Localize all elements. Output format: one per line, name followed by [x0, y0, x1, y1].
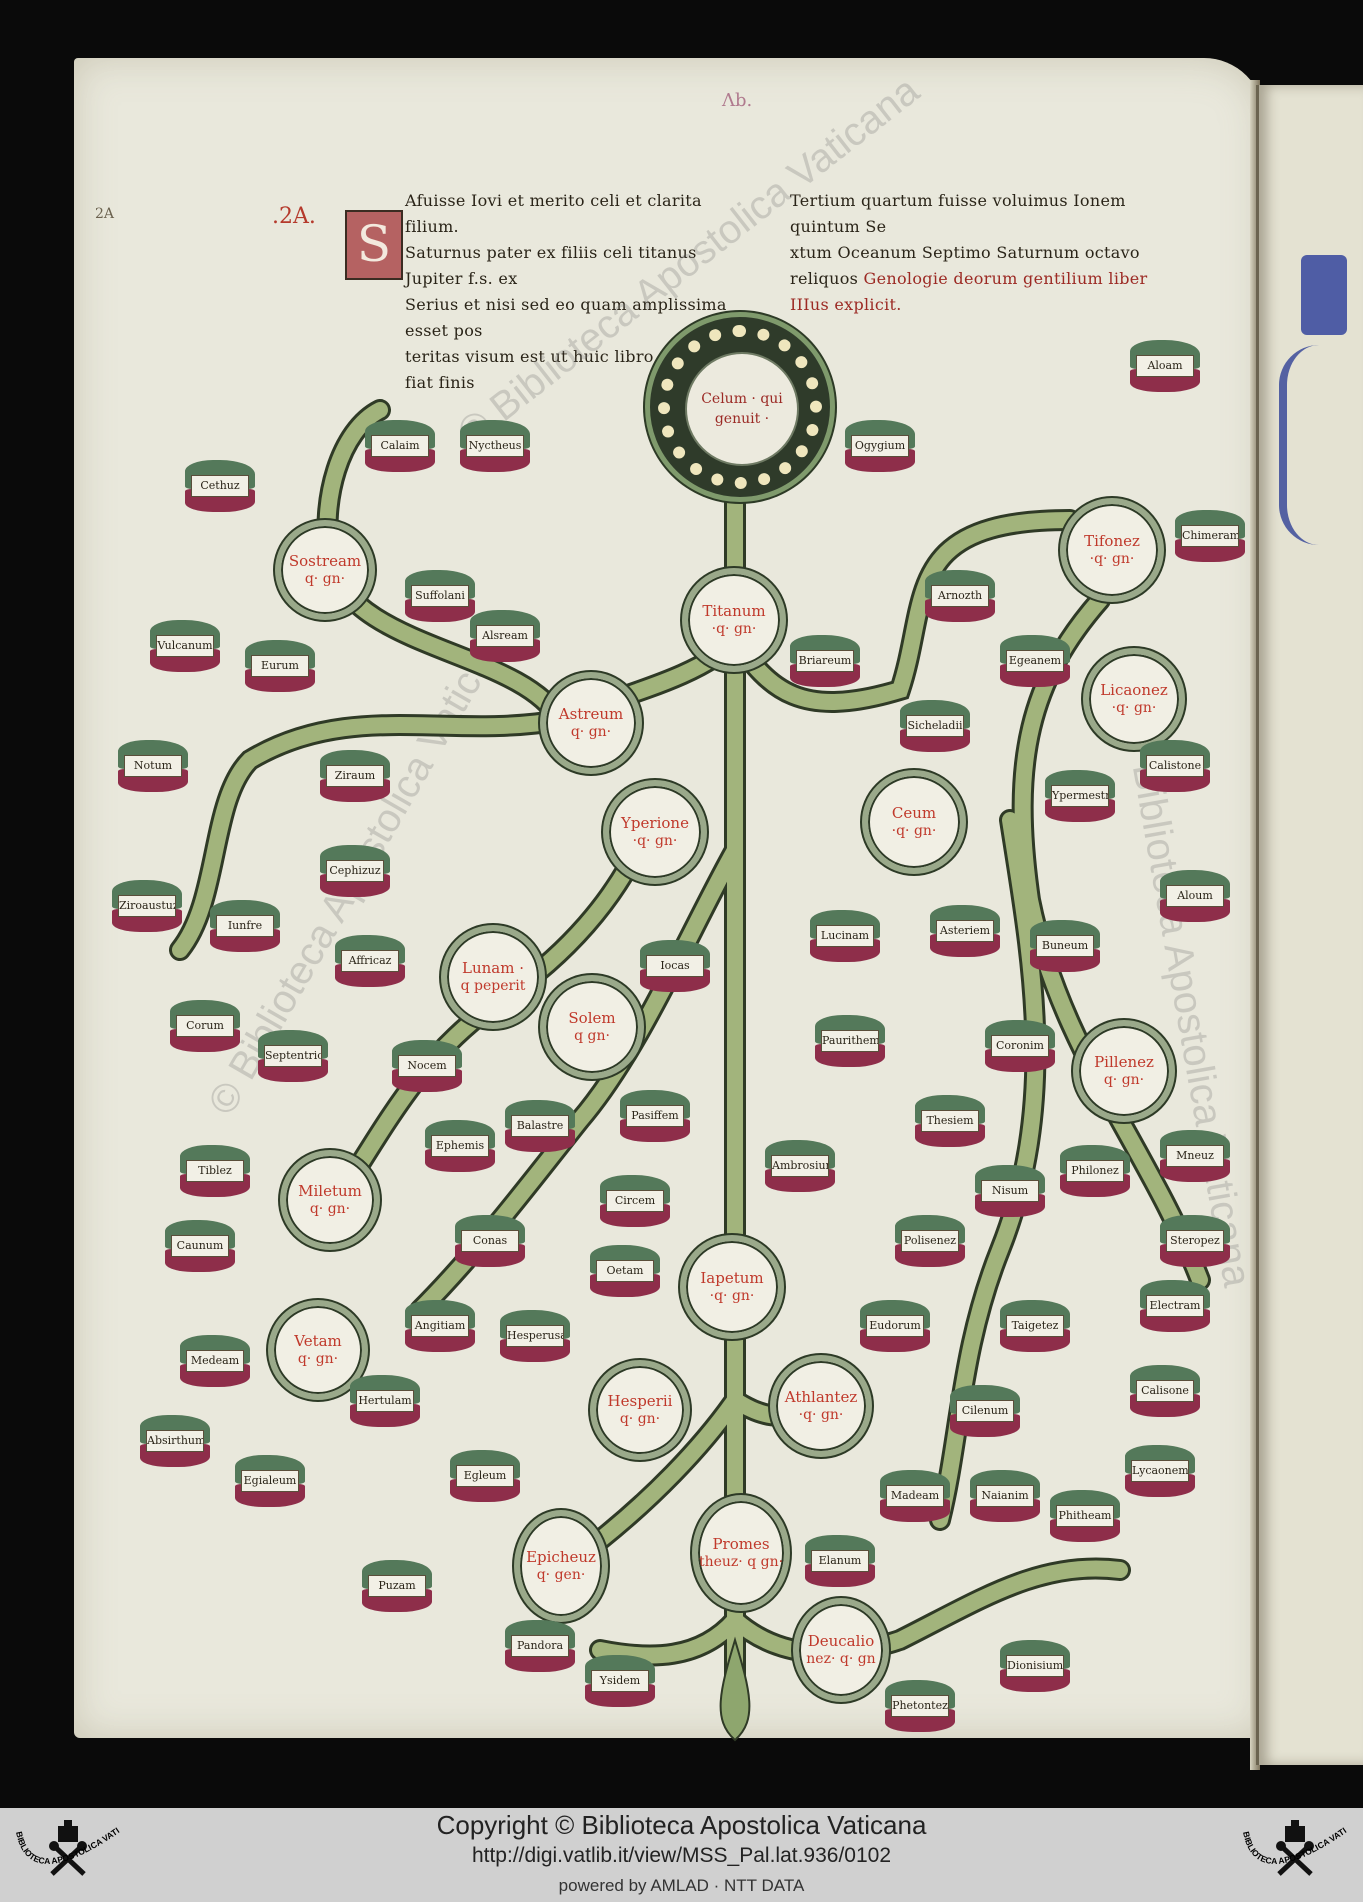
leaf-label: Hertulam: [356, 1390, 414, 1412]
node-label: q· gen·: [537, 1566, 586, 1584]
node-label: ·q· gn·: [1090, 550, 1135, 568]
leaf[interactable]: Notum: [118, 740, 188, 792]
leaf-label: Tiblez: [186, 1160, 244, 1182]
node-label: q· gn·: [305, 570, 345, 588]
leaf[interactable]: Paurithem: [815, 1015, 885, 1067]
leaf[interactable]: Asteriem: [930, 905, 1000, 957]
leaf[interactable]: Eudorum: [860, 1300, 930, 1352]
leaf-label: Calaim: [371, 435, 429, 457]
leaf-label: Nocem: [398, 1055, 456, 1077]
leaf-label: Balastre: [511, 1115, 569, 1137]
leaf-label: Absirthum: [146, 1430, 204, 1452]
leaf[interactable]: Nisum: [975, 1165, 1045, 1217]
leaf[interactable]: Circem: [600, 1175, 670, 1227]
node-hesperii[interactable]: Hesperiiq· gn·: [590, 1360, 690, 1460]
leaf-label: Elanum: [811, 1550, 869, 1572]
node-lunam[interactable]: Lunam ·q peperit: [441, 925, 545, 1029]
leaf-label: Ephemis: [431, 1135, 489, 1157]
leaf-label: Medeam: [186, 1350, 244, 1372]
leaf[interactable]: Dionisium: [1000, 1640, 1070, 1692]
leaf[interactable]: Arnozth: [925, 570, 995, 622]
node-label: Solem: [568, 1009, 615, 1027]
leaf[interactable]: Calistone: [1140, 740, 1210, 792]
leaf[interactable]: Suffolani: [405, 570, 475, 622]
root-label: Celum · qui: [701, 389, 783, 409]
node-label: Ceum: [892, 804, 936, 822]
leaf-label: Notum: [124, 755, 182, 777]
manuscript-url-link[interactable]: http://digi.vatlib.it/view/MSS_Pal.lat.9…: [0, 1844, 1363, 1868]
leaf[interactable]: Medeam: [180, 1335, 250, 1387]
leaf-label: Vulcanum: [156, 635, 214, 657]
leaf-label: Arnozth: [931, 585, 989, 607]
leaf[interactable]: Mneuz: [1160, 1130, 1230, 1182]
leaf-label: Hesperusa: [506, 1325, 564, 1347]
leaf[interactable]: Sicheladii: [900, 700, 970, 752]
logo-ring-text: BIBLIOTECA APOSTOLICA VATICANA: [1235, 1812, 1355, 1898]
node-label: ·q· gn·: [799, 1406, 844, 1424]
leaf-label: Ziroaustuz: [118, 895, 176, 917]
leaf[interactable]: Iunfre: [210, 900, 280, 952]
leaf-label: Conas: [461, 1230, 519, 1252]
leaf-label: Chimeram: [1181, 525, 1239, 547]
node-label: Lunam ·: [462, 959, 524, 977]
node-label: q gn·: [574, 1027, 610, 1045]
leaf-label: Iocas: [646, 955, 704, 977]
vatican-library-logo-right: BIBLIOTECA APOSTOLICA VATICANA: [1235, 1812, 1355, 1898]
leaf[interactable]: Calaim: [365, 420, 435, 472]
node-label: Iapetum: [700, 1269, 763, 1287]
powered-by-text: powered by AMLAD · NTT DATA: [0, 1876, 1363, 1896]
node-deucalionem[interactable]: Deucalionez· q· gn: [793, 1598, 889, 1702]
leaf[interactable]: Nocem: [392, 1040, 462, 1092]
leaf[interactable]: Electram: [1140, 1280, 1210, 1332]
svg-text:BIBLIOTECA APOSTOLICA VATICANA: BIBLIOTECA APOSTOLICA VATICANA: [8, 1812, 121, 1866]
leaf[interactable]: Aloum: [1160, 870, 1230, 922]
leaf[interactable]: Cephizuz: [320, 845, 390, 897]
node-label: Pillenez: [1094, 1053, 1154, 1071]
leaf[interactable]: Ziraum: [320, 750, 390, 802]
leaf-label: Puzam: [368, 1575, 426, 1597]
leaf[interactable]: Lycaonem: [1125, 1445, 1195, 1497]
leaf[interactable]: Absirthum: [140, 1415, 210, 1467]
node-yperione[interactable]: Yperione·q· gn·: [603, 780, 707, 884]
leaf-label: Circem: [606, 1190, 664, 1212]
node-ceum[interactable]: Ceum·q· gn·: [862, 770, 966, 874]
leaf[interactable]: Buneum: [1030, 920, 1100, 972]
leaf[interactable]: Ambrosium: [765, 1140, 835, 1192]
leaf[interactable]: Aloam: [1130, 340, 1200, 392]
leaf-label: Nyctheus: [466, 435, 524, 457]
tree-branches: [0, 0, 1363, 1808]
leaf-label: Egeanem: [1006, 650, 1064, 672]
leaf-label: Polisenez: [901, 1230, 959, 1252]
leaf-label: Briareum: [796, 650, 854, 672]
leaf[interactable]: Ephemis: [425, 1120, 495, 1172]
node-label: Astreum: [559, 705, 624, 723]
leaf-label: Ypermestre: [1051, 785, 1109, 807]
leaf[interactable]: Angitiam: [405, 1300, 475, 1352]
leaf[interactable]: Affricaz: [335, 935, 405, 987]
leaf[interactable]: Egialeum: [235, 1455, 305, 1507]
leaf-label: Calisone: [1136, 1380, 1194, 1402]
leaf-label: Phetontez: [891, 1695, 949, 1717]
root-node-caelum[interactable]: Celum · qui genuit ·: [645, 312, 835, 502]
node-label: q· gn·: [298, 1350, 338, 1368]
leaf[interactable]: Eurum: [245, 640, 315, 692]
leaf[interactable]: Septentrio: [258, 1030, 328, 1082]
node-label: ·q· gn·: [633, 832, 678, 850]
node-label: Miletum: [298, 1182, 362, 1200]
leaf[interactable]: Lucinam: [810, 910, 880, 962]
node-label: Deucalio: [808, 1632, 875, 1650]
node-prometheum[interactable]: Promestheuz· q gn·: [692, 1495, 790, 1611]
leaf-label: Philonez: [1066, 1160, 1124, 1182]
leaf-label: Eudorum: [866, 1315, 924, 1337]
leaf-label: Asteriem: [936, 920, 994, 942]
leaf-label: Aloum: [1166, 885, 1224, 907]
node-label: theuz· q gn·: [699, 1553, 783, 1571]
leaf[interactable]: Ogygium: [845, 420, 915, 472]
svg-text:BIBLIOTECA APOSTOLICA VATICANA: BIBLIOTECA APOSTOLICA VATICANA: [1235, 1812, 1348, 1866]
leaf-label: Lycaonem: [1131, 1460, 1189, 1482]
manuscript-scan: Λb. .2A. 2A S Afuisse Iovi et merito cel…: [0, 0, 1363, 1808]
leaf-label: Oetam: [596, 1260, 654, 1282]
leaf[interactable]: Cilenum: [950, 1385, 1020, 1437]
leaf-label: Thesiem: [921, 1110, 979, 1132]
node-label: q· gn·: [571, 723, 611, 741]
leaf[interactable]: Polisenez: [895, 1215, 965, 1267]
leaf-label: Electram: [1146, 1295, 1204, 1317]
leaf-label: Alsream: [476, 625, 534, 647]
leaf-label: Iunfre: [216, 915, 274, 937]
node-label: Yperione: [621, 814, 689, 832]
leaf[interactable]: Balastre: [505, 1100, 575, 1152]
leaf[interactable]: Ziroaustuz: [112, 880, 182, 932]
leaf[interactable]: Caunum: [165, 1220, 235, 1272]
node-label: Hesperii: [608, 1392, 673, 1410]
leaf[interactable]: Iocas: [640, 940, 710, 992]
leaf[interactable]: Pasiffem: [620, 1090, 690, 1142]
leaf[interactable]: Cethuz: [185, 460, 255, 512]
leaf[interactable]: Phetontez: [885, 1680, 955, 1732]
node-astreum[interactable]: Astreumq· gn·: [540, 672, 642, 774]
leaf-label: Egialeum: [241, 1470, 299, 1492]
node-sosteam[interactable]: Sostreamq· gn·: [275, 520, 375, 620]
leaf-label: Mneuz: [1166, 1145, 1224, 1167]
leaf-label: Coronim: [991, 1035, 1049, 1057]
leaf-label: Eurum: [251, 655, 309, 677]
node-label: ·q· gn·: [892, 822, 937, 840]
leaf-label: Buneum: [1036, 935, 1094, 957]
leaf[interactable]: Corum: [170, 1000, 240, 1052]
node-label: Promes: [712, 1535, 769, 1553]
leaf[interactable]: Hertulam: [350, 1375, 420, 1427]
leaf[interactable]: Egleum: [450, 1450, 520, 1502]
node-epicheum[interactable]: Epicheuzq· gen·: [514, 1510, 608, 1622]
node-label: ·q· gn·: [712, 620, 757, 638]
leaf-label: Angitiam: [411, 1315, 469, 1337]
leaf-label: Corum: [176, 1015, 234, 1037]
node-label: Athlantez: [785, 1388, 857, 1406]
copyright-text: Copyright © Biblioteca Apostolica Vatica…: [0, 1810, 1363, 1841]
node-pillenem[interactable]: Pillenezq· gn·: [1073, 1020, 1175, 1122]
leaf-label: Taigetez: [1006, 1315, 1064, 1337]
node-label: Titanum: [702, 602, 765, 620]
leaf-label: Affricaz: [341, 950, 399, 972]
node-label: ·q· gn·: [710, 1287, 755, 1305]
leaf[interactable]: Thesiem: [915, 1095, 985, 1147]
leaf[interactable]: Steropez: [1160, 1215, 1230, 1267]
leaf[interactable]: Calisone: [1130, 1365, 1200, 1417]
leaf[interactable]: Vulcanum: [150, 620, 220, 672]
leaf[interactable]: Briareum: [790, 635, 860, 687]
leaf-label: Suffolani: [411, 585, 469, 607]
leaf-label: Steropez: [1166, 1230, 1224, 1252]
leaf[interactable]: Conas: [455, 1215, 525, 1267]
node-label: Sostream: [289, 552, 361, 570]
node-titanum[interactable]: Titanum·q· gn·: [682, 568, 786, 672]
leaf-label: Pandora: [511, 1635, 569, 1657]
node-label: ·q· gn·: [1112, 699, 1157, 717]
leaf[interactable]: Alsream: [470, 610, 540, 662]
leaf[interactable]: Phitheam: [1050, 1490, 1120, 1542]
leaf-label: Calistone: [1146, 755, 1204, 777]
node-athlantem[interactable]: Athlantez·q· gn·: [770, 1355, 872, 1457]
leaf[interactable]: Ypermestre: [1045, 770, 1115, 822]
leaf-label: Cephizuz: [326, 860, 384, 882]
node-label: Epicheuz: [526, 1548, 596, 1566]
leaf[interactable]: Pandora: [505, 1620, 575, 1672]
node-label: Tifonez: [1084, 532, 1140, 550]
leaf-label: Aloam: [1136, 355, 1194, 377]
leaf[interactable]: Elanum: [805, 1535, 875, 1587]
node-licaonem[interactable]: Licaonez·q· gn·: [1083, 648, 1185, 750]
leaf-label: Cilenum: [956, 1400, 1014, 1422]
leaf[interactable]: Coronim: [985, 1020, 1055, 1072]
leaf[interactable]: Tiblez: [180, 1145, 250, 1197]
leaf[interactable]: Chimeram: [1175, 510, 1245, 562]
leaf[interactable]: Hesperusa: [500, 1310, 570, 1362]
logo-ring-text: BIBLIOTECA APOSTOLICA VATICANA: [8, 1812, 128, 1898]
leaf-label: Madeam: [886, 1485, 944, 1507]
leaf-label: Ambrosium: [771, 1155, 829, 1177]
leaf-label: Pasiffem: [626, 1105, 684, 1127]
node-label: q· gn·: [620, 1410, 660, 1428]
leaf-label: Ziraum: [326, 765, 384, 787]
leaf-label: Paurithem: [821, 1030, 879, 1052]
leaf[interactable]: Nyctheus: [460, 420, 530, 472]
leaf[interactable]: Oetam: [590, 1245, 660, 1297]
root-label: genuit ·: [715, 409, 769, 429]
leaf-label: Ogygium: [851, 435, 909, 457]
vatican-library-logo-left: BIBLIOTECA APOSTOLICA VATICANA: [8, 1812, 128, 1898]
leaf-label: Caunum: [171, 1235, 229, 1257]
leaf-label: Egleum: [456, 1465, 514, 1487]
leaf[interactable]: Puzam: [362, 1560, 432, 1612]
node-iapetum[interactable]: Iapetum·q· gn·: [680, 1235, 784, 1339]
leaf[interactable]: Ysidem: [585, 1655, 655, 1707]
leaf-label: Ysidem: [591, 1670, 649, 1692]
leaf-label: Phitheam: [1056, 1505, 1114, 1527]
leaf[interactable]: Naianim: [970, 1470, 1040, 1522]
leaf-label: Cethuz: [191, 475, 249, 497]
node-tifonem[interactable]: Tifonez·q· gn·: [1060, 498, 1164, 602]
node-label: q· gn·: [310, 1200, 350, 1218]
copyright-footer: Copyright © Biblioteca Apostolica Vatica…: [0, 1808, 1363, 1902]
leaf[interactable]: Philonez: [1060, 1145, 1130, 1197]
node-miletum[interactable]: Miletumq· gn·: [280, 1150, 380, 1250]
leaf[interactable]: Madeam: [880, 1470, 950, 1522]
node-label: Vetam: [294, 1332, 342, 1350]
node-label: nez· q· gn: [806, 1650, 875, 1668]
leaf-label: Nisum: [981, 1180, 1039, 1202]
leaf-label: Sicheladii: [906, 715, 964, 737]
leaf-label: Dionisium: [1006, 1655, 1064, 1677]
node-label: q peperit: [461, 977, 526, 995]
node-label: q· gn·: [1104, 1071, 1144, 1089]
node-solem[interactable]: Solemq gn·: [540, 975, 644, 1079]
leaf[interactable]: Taigetez: [1000, 1300, 1070, 1352]
node-label: Licaonez: [1100, 681, 1168, 699]
leaf[interactable]: Egeanem: [1000, 635, 1070, 687]
leaf-label: Naianim: [976, 1485, 1034, 1507]
leaf-label: Lucinam: [816, 925, 874, 947]
leaf-label: Septentrio: [264, 1045, 322, 1067]
